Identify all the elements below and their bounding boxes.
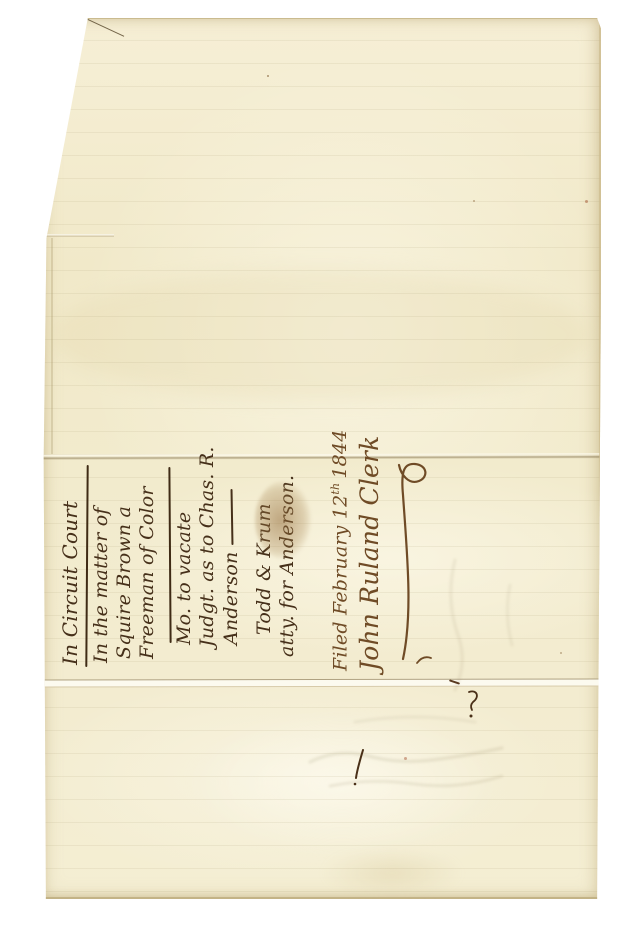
anderson-dash-stroke <box>231 489 234 545</box>
filed-date-pre: Filed February 12 <box>329 495 351 671</box>
ink-speck <box>473 200 475 202</box>
docket-motion-anderson: Anderson <box>220 552 242 645</box>
fold-gap-lower <box>42 679 601 688</box>
ink-speck <box>585 200 588 203</box>
filed-date-ordinal: th <box>329 483 342 495</box>
docket-rule-2 <box>168 467 171 643</box>
signature-flourish <box>383 457 437 673</box>
docket-matter-line-2: Squire Brown a <box>114 506 135 659</box>
corner-horizontal-crease <box>44 234 114 237</box>
filed-date-line: Filed February 12th1844 <box>330 430 351 671</box>
clerk-signature: John Ruland Clerk <box>356 435 384 671</box>
ink-speck <box>560 652 562 654</box>
paper-edge-right <box>599 18 601 899</box>
paper-edge-top <box>42 18 601 19</box>
scanned-document: In Circuit Court In the matter of Squire… <box>0 0 640 931</box>
docket-matter-line-3: Freeman of Color <box>137 486 158 659</box>
stray-ink-slash-mark <box>350 748 368 788</box>
docket-handwriting-block: In Circuit Court In the matter of Squire… <box>57 457 437 673</box>
docket-matter-line-1: In the matter of <box>91 507 112 663</box>
docket-motion-line-3: Anderson <box>221 489 242 645</box>
filed-date-year: 1844 <box>329 430 351 479</box>
docket-rule-1 <box>85 465 88 667</box>
docket-court-line: In Circuit Court <box>59 501 81 665</box>
docket-motion-line-1: Mo. to vacate <box>174 512 195 645</box>
docket-motion-line-2: Judgt. as to Chas. R. <box>197 446 218 647</box>
ink-speck <box>267 75 269 77</box>
ink-smudge <box>255 481 311 559</box>
paper-edge-bottom <box>42 897 601 899</box>
stray-ink-question-mark <box>464 688 484 720</box>
ink-speck <box>404 757 407 760</box>
left-edge-fold-line <box>51 238 53 454</box>
